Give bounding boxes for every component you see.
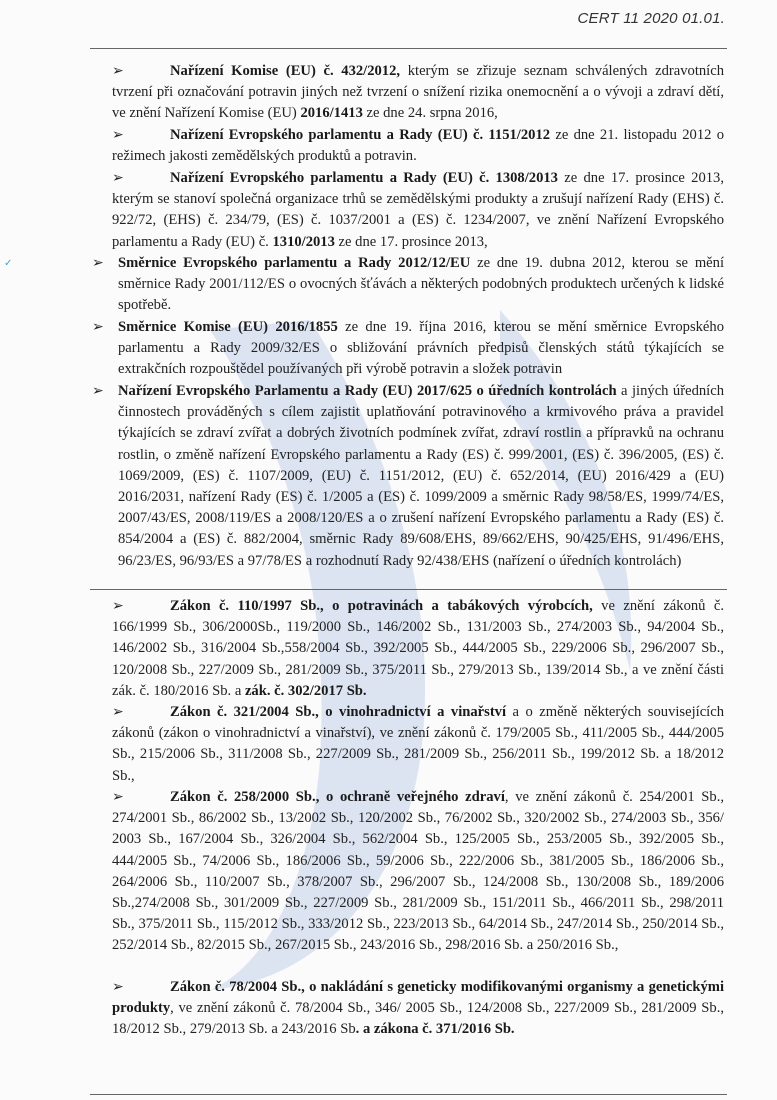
list-item-eu-432-2012: ➢Nařízení Komise (EU) č. 432/2012, který… [112,61,724,125]
bottom-divider [90,1094,727,1095]
arrow-bullet-icon: ➢ [112,125,170,146]
arrow-bullet-icon: ➢ [112,596,170,617]
list-item-law-321-2004: ➢Zákon č. 321/2004 Sb., o vinohradnictví… [112,702,724,787]
arrow-bullet-icon: ➢ [112,168,170,189]
arrow-bullet-icon: ➢ [112,977,170,998]
top-divider [90,48,727,49]
list-item-law-78-2004: ➢Zákon č. 78/2004 Sb., o nakládání s gen… [112,977,724,1041]
list-item-eu-1308-2013: ➢Nařízení Evropského parlamentu a Rady (… [112,168,724,253]
scan-mark: ✓ [4,258,10,268]
list-item-law-258-2000: ➢Zákon č. 258/2000 Sb., o ochraně veřejn… [112,787,724,957]
list-item-eu-1151-2012: ➢Nařízení Evropského parlamentu a Rady (… [112,125,724,167]
list-item-directive-2012-12-eu: ➢Směrnice Evropského parlamentu a Rady 2… [118,253,724,317]
document-code: CERT 11 2020 01.01. [577,10,725,27]
arrow-bullet-icon: ➢ [112,787,170,808]
section-divider [90,589,727,590]
arrow-bullet-icon: ➢ [112,702,170,723]
arrow-bullet-icon: ➢ [112,61,170,82]
list-item-directive-2016-1855: ➢Směrnice Komise (EU) 2016/1855 ze dne 1… [118,317,724,381]
arrow-bullet-icon: ➢ [92,253,112,274]
arrow-bullet-icon: ➢ [92,317,112,338]
arrow-bullet-icon: ➢ [92,381,112,402]
list-item-law-110-1997: ➢Zákon č. 110/1997 Sb., o potravinách a … [112,596,724,702]
list-item-eu-2017-625: ➢Nařízení Evropského Parlamentu a Rady (… [118,381,724,572]
